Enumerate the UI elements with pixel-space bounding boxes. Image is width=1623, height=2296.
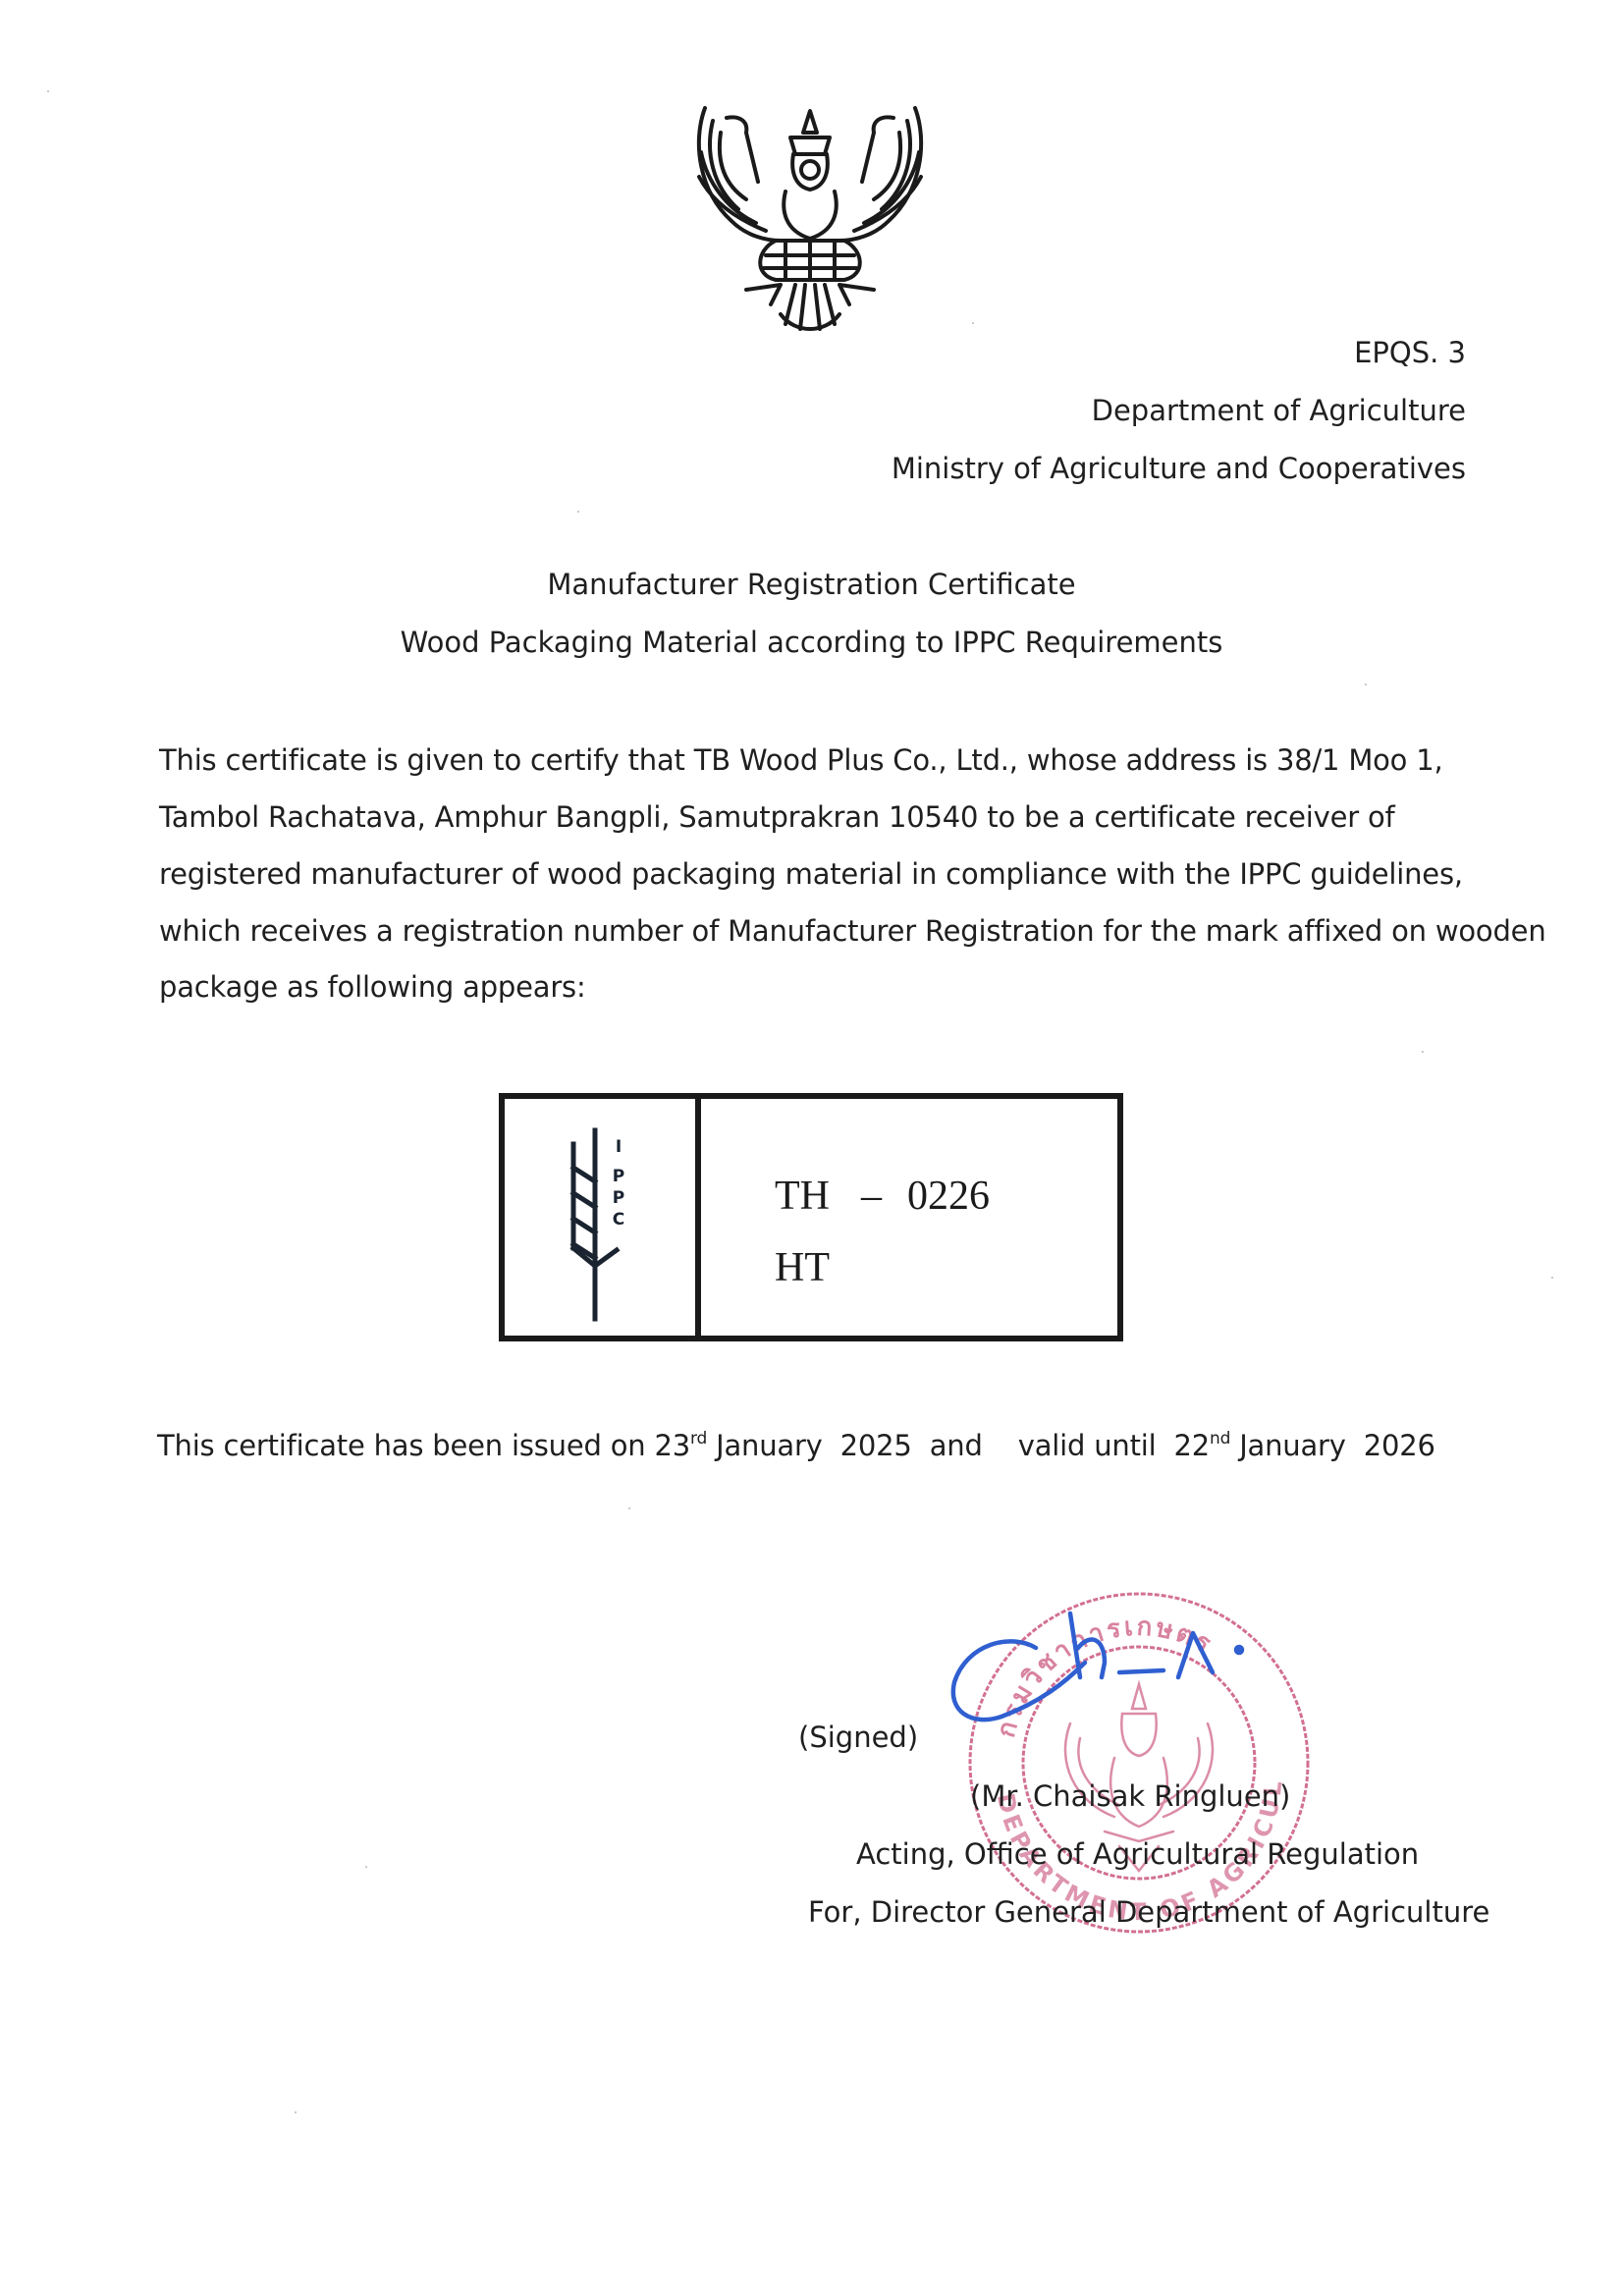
scan-speck [577,511,579,513]
scan-speck [365,1866,367,1868]
scan-speck [1551,1277,1553,1279]
treatment-code: HT [775,1244,830,1291]
expiry-day: 22 [1174,1429,1211,1462]
validity-statement: This certificate has been issued on 23rd… [157,1429,1435,1462]
expiry-month-year: January 2026 [1230,1429,1435,1462]
signed-label: (Signed) [798,1721,918,1754]
form-code: EPQS. 3 [1354,339,1466,367]
validity-prefix: This certificate has been issued on [157,1429,654,1462]
ippc-letter-i: I [616,1137,622,1157]
certificate-title: Manufacturer Registration Certificate [0,568,1623,601]
mark-divider [695,1099,701,1336]
ippc-letter-c: C [613,1210,624,1230]
body-line-2: Tambol Rachatava, Amphur Bangpli, Samutp… [159,800,1395,834]
ippc-letter-p1: P [613,1167,624,1186]
garuda-emblem-icon [687,93,933,339]
scan-speck [295,2111,297,2113]
expiry-day-suffix: nd [1210,1429,1230,1449]
issue-month-year: January 2025 and valid until [707,1429,1173,1462]
body-line-4: which receives a registration number of … [159,914,1546,948]
scan-speck [972,322,974,324]
department-name: Department of Agriculture [1092,397,1466,425]
issue-day-suffix: rd [690,1429,707,1449]
body-line-5: package as following appears: [159,970,586,1004]
body-line-3: registered manufacturer of wood packagin… [159,857,1463,891]
registration-number: 0226 [907,1173,990,1220]
certificate-subtitle: Wood Packaging Material according to IPP… [0,626,1623,659]
scan-speck [1365,683,1367,685]
scan-speck [47,90,49,92]
signatory-name: (Mr. Chaisak Ringluen) [970,1779,1290,1813]
issue-day: 23 [654,1429,690,1462]
country-code: TH [775,1173,830,1220]
scan-speck [1422,1051,1424,1053]
signatory-position: Acting, Office of Agricultural Regulatio… [856,1837,1419,1871]
scan-speck [628,1507,630,1509]
ippc-wheat-logo-icon: I P P C [554,1122,662,1329]
mark-separator: – [861,1173,882,1220]
handwritten-signature-icon [943,1589,1267,1736]
body-line-1: This certificate is given to certify tha… [159,743,1443,777]
ippc-letter-p2: P [613,1188,624,1208]
signatory-authority: For, Director General Department of Agri… [808,1895,1489,1929]
ministry-name: Ministry of Agriculture and Cooperatives [892,455,1466,483]
ippc-mark-box: I P P C TH – 0226 HT [499,1093,1123,1341]
